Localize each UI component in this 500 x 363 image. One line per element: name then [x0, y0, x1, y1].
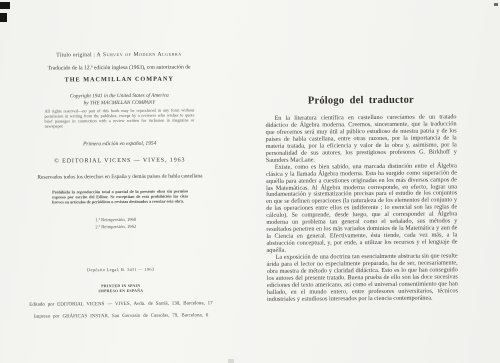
prologue-paragraph: Existe, como es bien sabido, una marcada…: [266, 163, 458, 255]
printed-by-line: Impreso por GRÁFICAS INSTAR, San Gervasi…: [17, 313, 225, 320]
original-title: A Survey of Modern Algebra: [97, 52, 182, 59]
publisher-name: THE MACMILLAN COMPANY: [19, 75, 219, 84]
prohibition-notice: Prohibida la reproducción total o parcia…: [52, 189, 188, 204]
page-title: Prólogo del traductor: [265, 94, 456, 106]
prologue-paragraph: En la literatura científica en castellan…: [265, 114, 456, 164]
reprint-entry-2: 2.ª Reimpresión, 1962: [95, 223, 215, 231]
scan-content: Título original : A Survey of Modern Alg…: [0, 0, 500, 363]
edited-by-line: Editado por EDITORIAL VICENS — VIVES, Av…: [17, 301, 225, 308]
printed-line-es: IMPRESO EN ESPAÑA: [21, 288, 221, 294]
prologue-paragraph: La exposición de una doctrina tan esenci…: [267, 253, 458, 303]
copyright-notice: Copyright 1941 in the United States of A…: [19, 92, 219, 108]
editorial-copyright-line: © EDITORIAL VICENS — VIVES, 1963: [20, 157, 220, 165]
legal-deposit-line: Depósito Legal, B. 3431 — 1963: [21, 266, 221, 273]
translation-credit-line: Traducido de la 12.ª edición inglesa (19…: [19, 64, 219, 72]
printed-in-spain-notice: PRINTED IN SPAIN IMPRESO EN ESPAÑA: [21, 283, 221, 294]
book-spread-scan: Título original : A Survey of Modern Alg…: [0, 0, 500, 363]
first-edition-line: Primera edición en español, 1954: [20, 140, 220, 148]
all-rights-reserved-notice: All rights reserved—no part of this book…: [44, 108, 194, 129]
copyright-page: Título original : A Survey of Modern Alg…: [19, 0, 222, 363]
original-title-line: Título original : A Survey of Modern Alg…: [19, 51, 219, 59]
original-title-prefix: Título original :: [56, 52, 95, 58]
reprint-list: 1.ª Reimpresión, 1960 2.ª Reimpresión, 1…: [95, 215, 215, 231]
prologue-page: Prólogo del traductor En la literatura c…: [265, 94, 458, 303]
reserved-rights-line: Reservados todos los derechos en España …: [32, 173, 208, 181]
